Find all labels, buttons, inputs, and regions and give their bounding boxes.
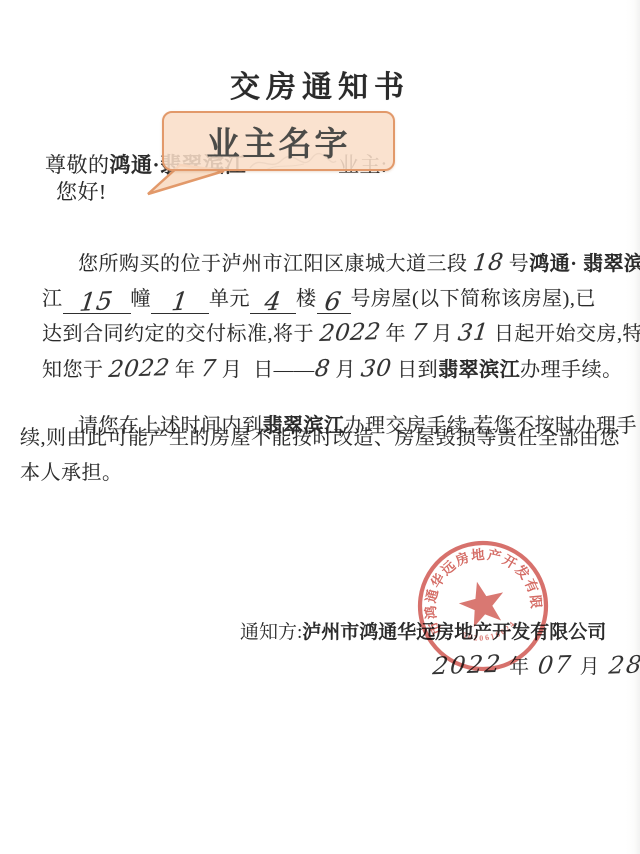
- para1-l4-text3: 月: [216, 359, 248, 381]
- para2-line2: 续,则由此可能产生的房屋不能按时改造、房屋毁损等责任全部由您: [20, 421, 620, 450]
- document-title: 交房通知书: [0, 62, 640, 106]
- range-endmonth-handwritten: 8: [313, 358, 331, 382]
- para2-line3: 本人承担。: [20, 456, 123, 485]
- project-name-bold: 翡翠滨江: [438, 359, 520, 381]
- svg-text:5020616624: 5020616624: [459, 617, 520, 648]
- salutation-prefix: 尊敬的: [45, 153, 110, 177]
- owner-name-callout: 业主名字: [162, 111, 395, 171]
- range-month-handwritten: 7: [200, 358, 218, 382]
- range-year-handwritten: 2022: [108, 357, 171, 382]
- seal-serial-text: 5020616624: [459, 617, 520, 648]
- notifier-label: 通知方:: [240, 622, 302, 643]
- para1-l4-text7: 办理手续。: [520, 359, 623, 381]
- sign-day-handwritten: 28: [607, 652, 640, 677]
- para1-l4-text1: 知您于: [42, 359, 109, 381]
- greeting-line: 您好!: [56, 176, 107, 206]
- para1-l4-text6: 日到: [392, 359, 439, 381]
- callout-label: 业主名字: [207, 118, 351, 165]
- para1-l4-text5: 月: [330, 359, 362, 381]
- notice-document-page: 交房通知书 尊敬的鸿通·翡翠滨江业主: 业主名字 您好! 您所购买的位于泸州市江…: [0, 0, 640, 854]
- seal-star-icon: [455, 576, 510, 629]
- company-seal: 泸州市鸿通华远房地产开发有限公司 5020616624: [412, 535, 554, 677]
- month-unit: 月: [573, 656, 609, 678]
- para1-l4-text4: 日——: [248, 359, 315, 381]
- range-endday-handwritten: 30: [360, 357, 393, 381]
- para1-l4-text2: 年: [170, 359, 202, 381]
